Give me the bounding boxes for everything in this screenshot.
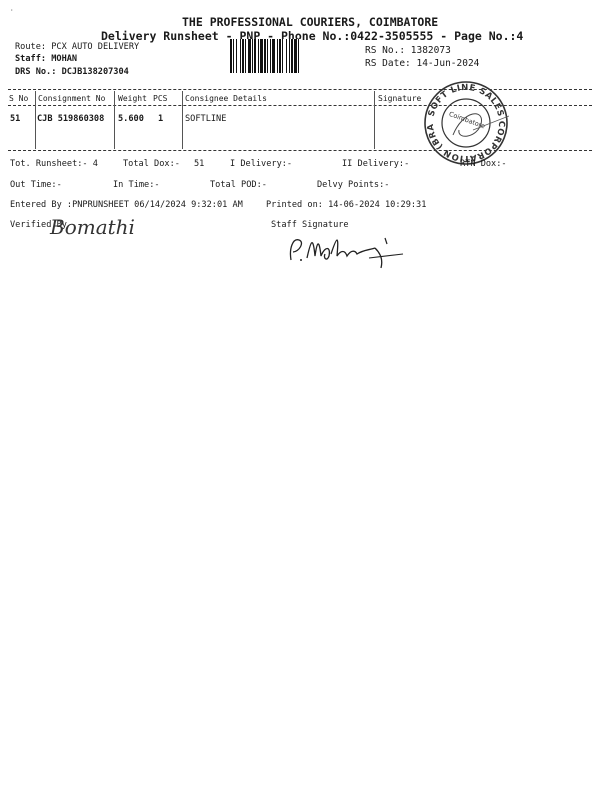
row-consignment: CJB 519860308 bbox=[37, 114, 104, 124]
column-header-weight: Weight bbox=[118, 94, 147, 103]
column-header-signature: Signature bbox=[378, 94, 421, 103]
total-dox-label: Total Dox:- bbox=[123, 159, 180, 169]
entered-by: Entered By :PNPRUNSHEET 06/14/2024 9:32:… bbox=[10, 200, 243, 210]
col-divider bbox=[114, 91, 115, 149]
column-header-consignee: Consignee Details bbox=[185, 94, 267, 103]
rs-date: RS Date: 14-Jun-2024 bbox=[365, 58, 479, 69]
col-divider bbox=[374, 91, 375, 149]
col-divider bbox=[35, 91, 36, 149]
staff-signature bbox=[285, 228, 415, 273]
column-header-sno: S No bbox=[9, 94, 28, 103]
total-pod: Total POD:- bbox=[210, 180, 267, 190]
row-weight: 5.600 bbox=[118, 114, 144, 124]
svg-text:Bomathi: Bomathi bbox=[49, 215, 135, 239]
rs-number: RS No.: 1382073 bbox=[365, 45, 451, 56]
printed-on: Printed on: 14-06-2024 10:29:31 bbox=[266, 200, 426, 210]
in-time: In Time:- bbox=[113, 180, 160, 190]
i-delivery: I Delivery:- bbox=[230, 159, 292, 169]
verified-signature: Bomathi bbox=[48, 212, 148, 242]
row-pcs: 1 bbox=[158, 114, 163, 124]
route-label: Route: PCX AUTO DELIVERY bbox=[15, 42, 139, 52]
column-header-consignment: Consignment No bbox=[38, 94, 105, 103]
company-stamp: SOFT LINE SALES CORPORATION (BRANCH) * C… bbox=[423, 80, 509, 166]
staff-label: Staff: MOHAN bbox=[15, 54, 77, 64]
rtn-dox: RTN Dox:- bbox=[460, 159, 507, 169]
scan-speck: · bbox=[10, 7, 14, 14]
out-time: Out Time:- bbox=[10, 180, 62, 190]
ii-delivery: II Delivery:- bbox=[342, 159, 409, 169]
delvy-points: Delvy Points:- bbox=[317, 180, 389, 190]
total-dox-value: 51 bbox=[194, 159, 204, 169]
company-title: THE PROFESSIONAL COURIERS, COIMBATORE bbox=[182, 15, 438, 29]
drs-number: DRS No.: DCJB138207304 bbox=[15, 67, 129, 77]
row-consignee: SOFTLINE bbox=[185, 114, 226, 124]
column-header-pcs: PCS bbox=[153, 94, 167, 103]
col-divider bbox=[182, 91, 183, 149]
row-sno: 51 bbox=[10, 114, 20, 124]
barcode bbox=[230, 39, 356, 73]
tot-runsheet: Tot. Runsheet:- 4 bbox=[10, 159, 98, 169]
